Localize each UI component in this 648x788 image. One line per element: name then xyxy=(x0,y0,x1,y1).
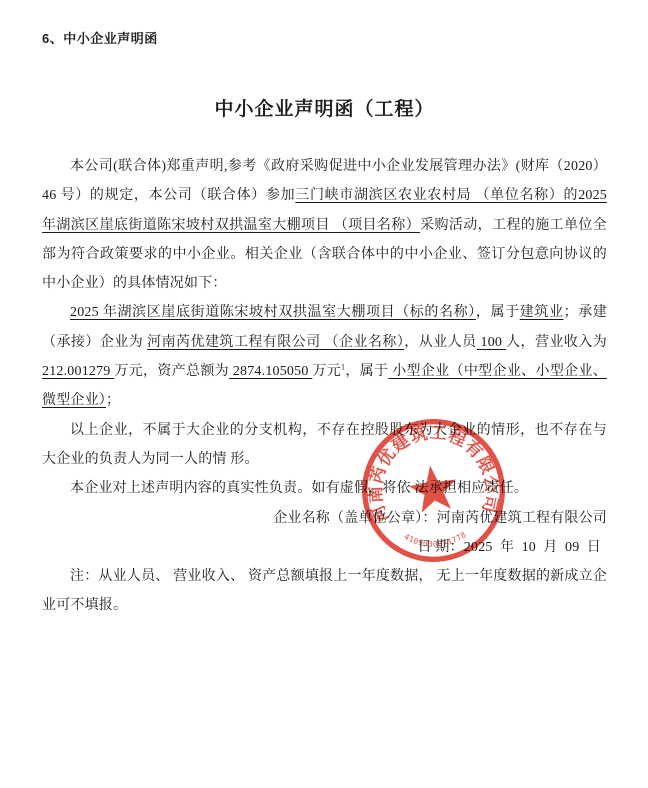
section-label: 6、中小企业声明函 xyxy=(42,28,607,47)
document-page: { "doc": { "section_label": "6、中小企业声明函",… xyxy=(0,0,648,788)
footnote-text: 注：从业人员、 营业收入、 资产总额填报上一年度数据， 无上一年度数据的新成立企… xyxy=(42,562,607,621)
declaration-document: 6、中小企业声明函 中小企业声明函（工程） 本公司(联合体)郑重声明,参考《政府… xyxy=(0,0,648,621)
footnote: 注：从业人员、 营业收入、 资产总额填报上一年度数据， 无上一年度数据的新成立企… xyxy=(42,562,607,621)
paragraph-enterprise-details: 2025 年湖滨区崖底街道陈宋坡村双拱温室大棚项目（标的名称），属于建筑业；承建… xyxy=(42,298,607,415)
signature-date-line: 日 期：2025 年 10 月 09 日 xyxy=(42,533,607,562)
paragraph-independence-statement: 以上企业，不属于大企业的分支机构，不存在控股股东为大企业的情形，也不存在与大企业… xyxy=(42,416,607,475)
document-body: 本公司(联合体)郑重声明,参考《政府采购促进中小企业发展管理办法》(财库（202… xyxy=(42,152,607,621)
signature-company-line: 企业名称（盖单位公章）：河南芮优建筑工程有限公司 xyxy=(42,504,607,533)
paragraph-responsibility-statement: 本企业对上述声明内容的真实性负责。如有虚假，将依 法承担相应责任。 xyxy=(42,474,607,503)
page-title: 中小企业声明函（工程） xyxy=(42,94,607,121)
paragraph-declaration-intro: 本公司(联合体)郑重声明,参考《政府采购促进中小企业发展管理办法》(财库（202… xyxy=(42,152,607,298)
